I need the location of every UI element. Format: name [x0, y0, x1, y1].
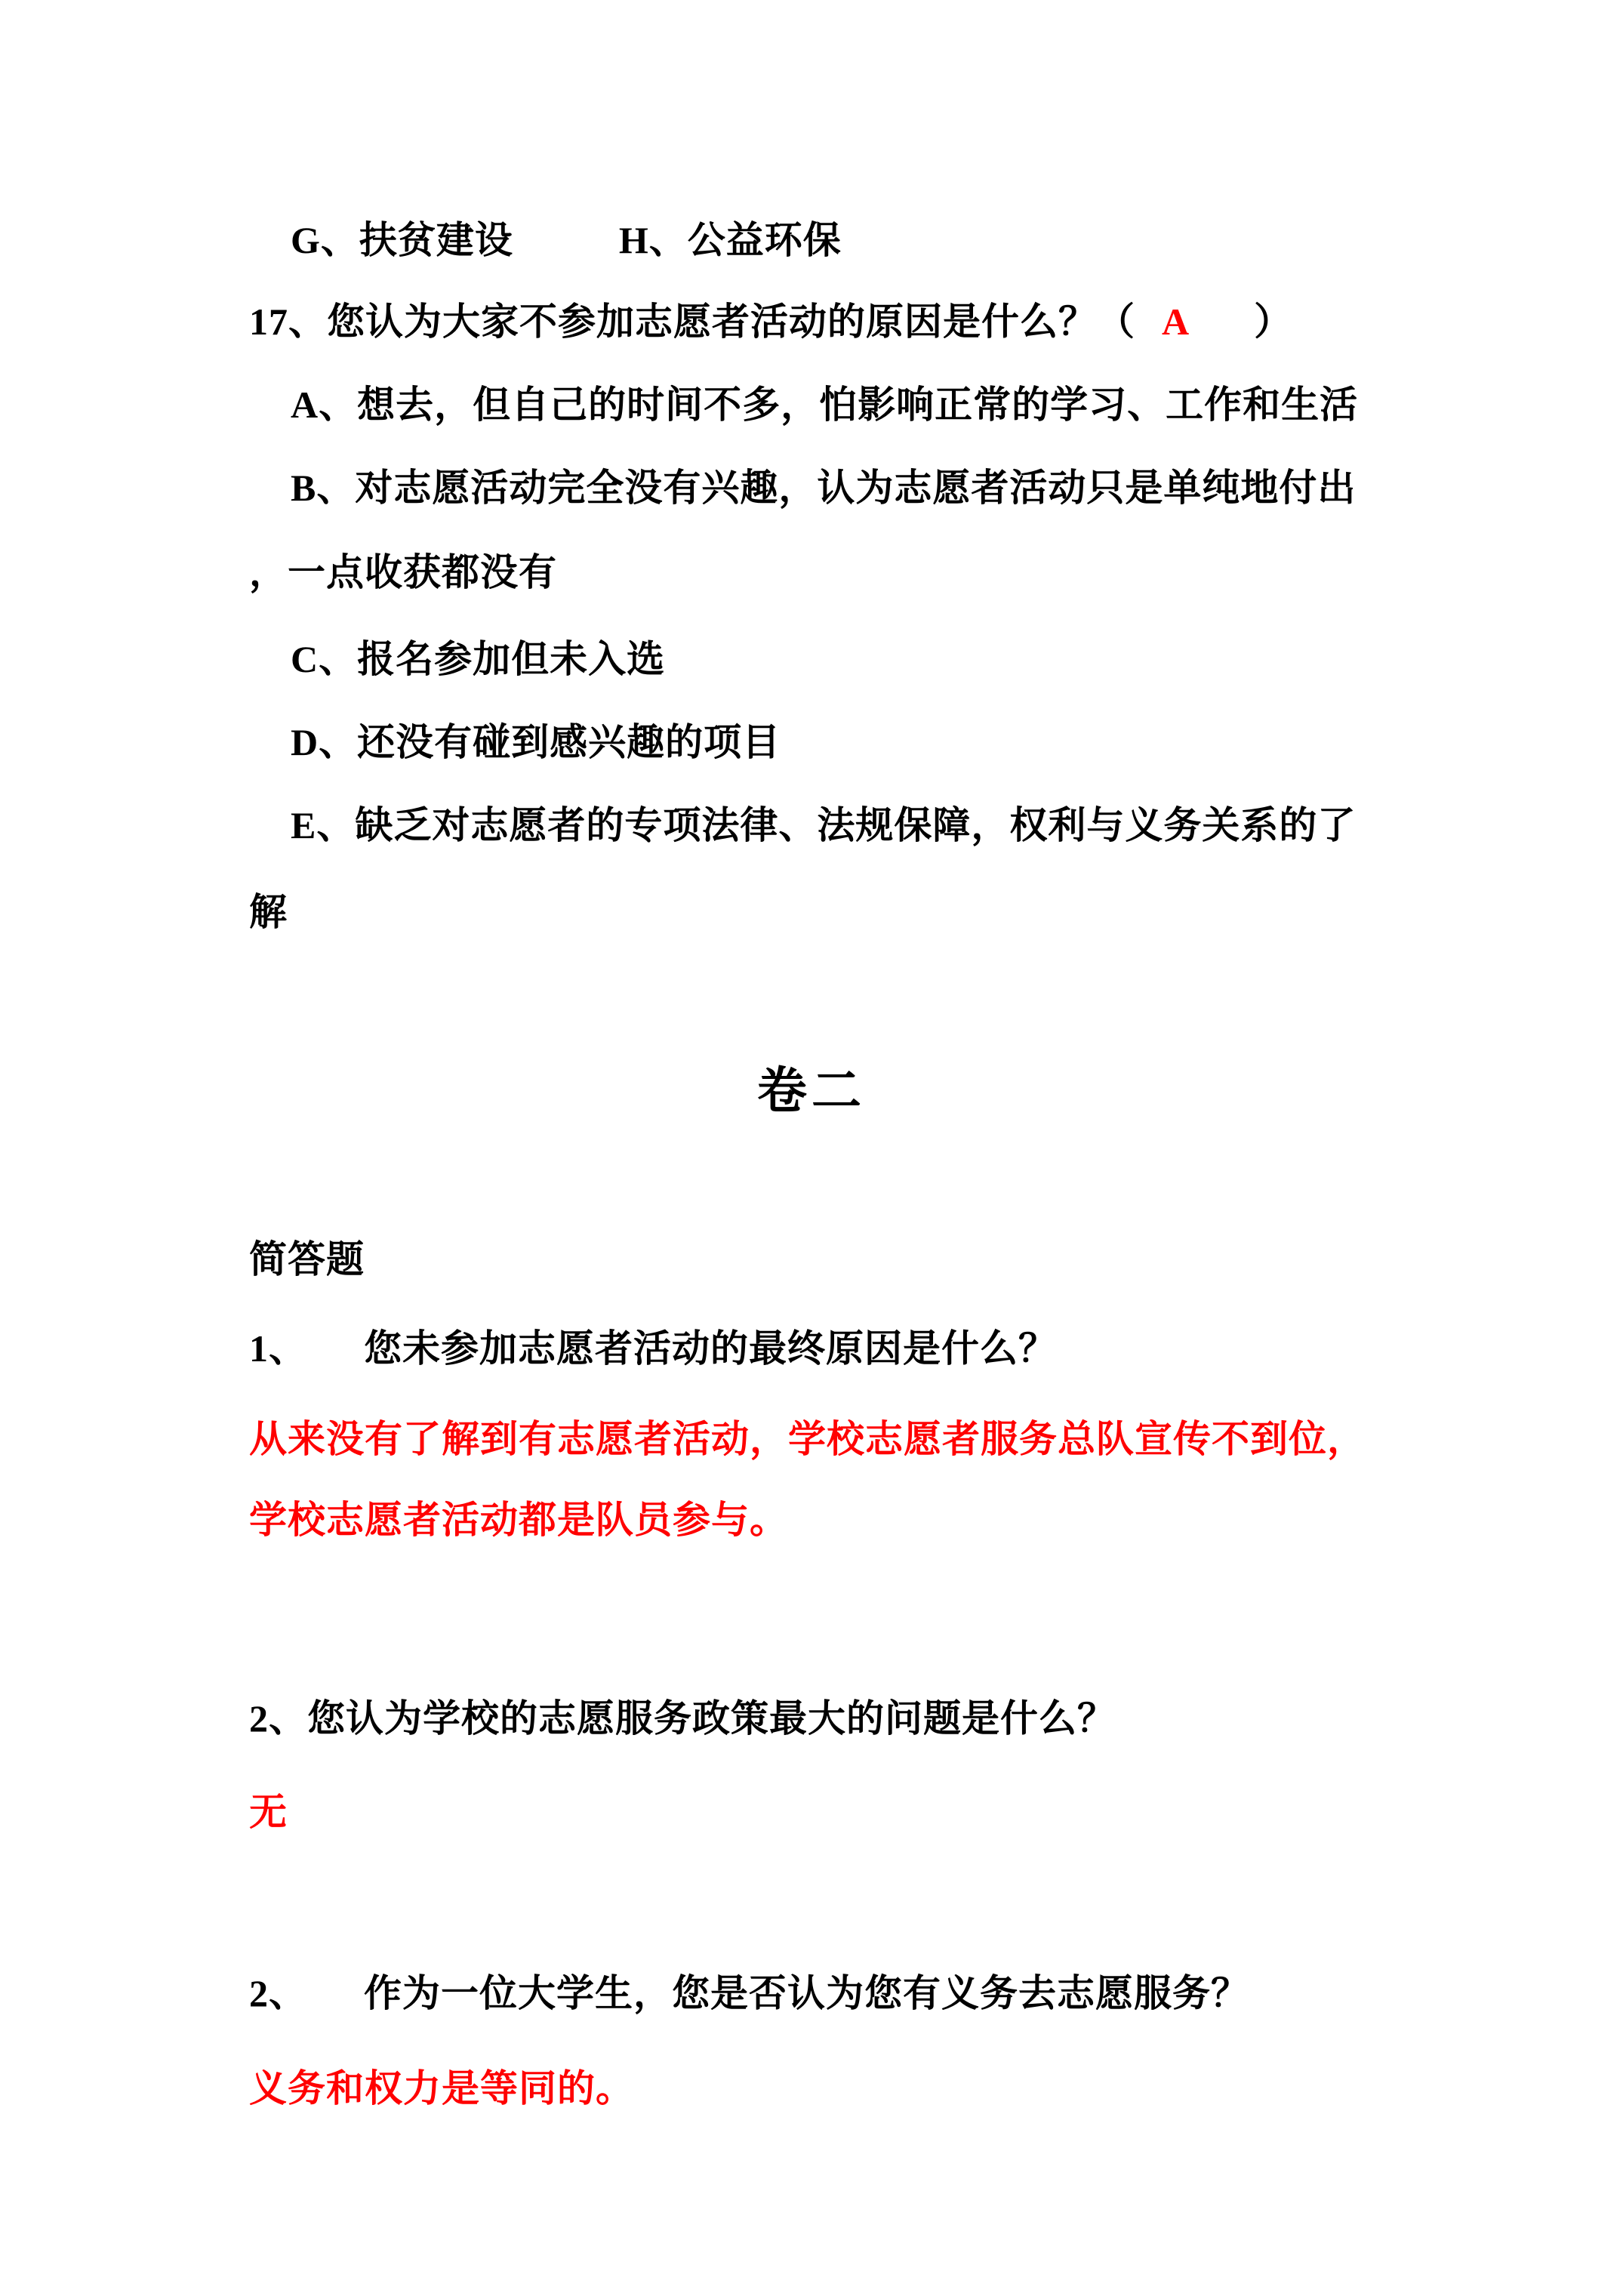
questionnaire-document-page: G、扶贫建设H、公益环保 17、您认为大家不参加志愿者活动的原因是什么？（A） …	[0, 0, 1623, 2296]
question-1-number: 1、	[249, 1327, 307, 1370]
short-answer-question-2: 2、您认为学校的志愿服务政策最大的问题是什么？	[249, 1697, 1116, 1741]
question-17-text: 17、您认为大家不参加志愿者活动的原因是什么？（	[249, 300, 1135, 343]
option-e-line-1: E、缺乏对志愿者的专项法律、法规保障，权利与义务关系的了	[291, 804, 1356, 848]
option-d: D、还没有碰到感兴趣的项目	[291, 721, 781, 765]
question-3-number: 2、	[249, 1972, 307, 2014]
question-17-answer-letter: A	[1162, 300, 1190, 343]
option-line-g-h: G、扶贫建设H、公益环保	[291, 219, 842, 263]
question-1-text: 您未参加志愿者活动的最终原因是什么？	[364, 1327, 1057, 1370]
answer-3: 义务和权力是等同的。	[249, 2067, 634, 2111]
answer-1-line-1: 从来没有了解到有志愿者活动，学校志愿者服务总队宣传不到位，	[249, 1418, 1366, 1462]
option-b-line-1: B、对志愿活动完全没有兴趣，认为志愿者活动只是单纯地付出	[291, 467, 1356, 510]
question-3-text: 作为一位大学生，您是否认为您有义务去志愿服务？	[364, 1972, 1249, 2014]
option-h: H、公益环保	[619, 219, 842, 261]
question-17: 17、您认为大家不参加志愿者活动的原因是什么？（A）	[249, 300, 1292, 344]
short-answer-question-1: 1、您未参加志愿者活动的最终原因是什么？	[249, 1327, 1057, 1371]
section-title-short-answer: 简答题	[249, 1238, 365, 1282]
option-b-line-2: ，一点收获都没有	[249, 551, 557, 595]
option-a: A、想去，但自己的时间不多，怕影响正常的学习、工作和生活	[291, 384, 1358, 427]
option-g: G、扶贫建设	[291, 219, 513, 261]
volume-2-heading: 卷二	[0, 1063, 1623, 1120]
option-c: C、报名参加但未入选	[291, 638, 665, 682]
question-2-text: 您认为学校的志愿服务政策最大的问题是什么？	[307, 1697, 1116, 1740]
question-17-close-paren: ）	[1254, 300, 1292, 343]
option-e-line-2: 解	[249, 891, 288, 935]
answer-1-line-2: 学校志愿者活动都是队员参与。	[249, 1499, 788, 1542]
question-2-number: 2、	[249, 1697, 307, 1740]
answer-2: 无	[249, 1791, 288, 1835]
short-answer-question-3: 2、作为一位大学生，您是否认为您有义务去志愿服务？	[249, 1972, 1249, 2016]
